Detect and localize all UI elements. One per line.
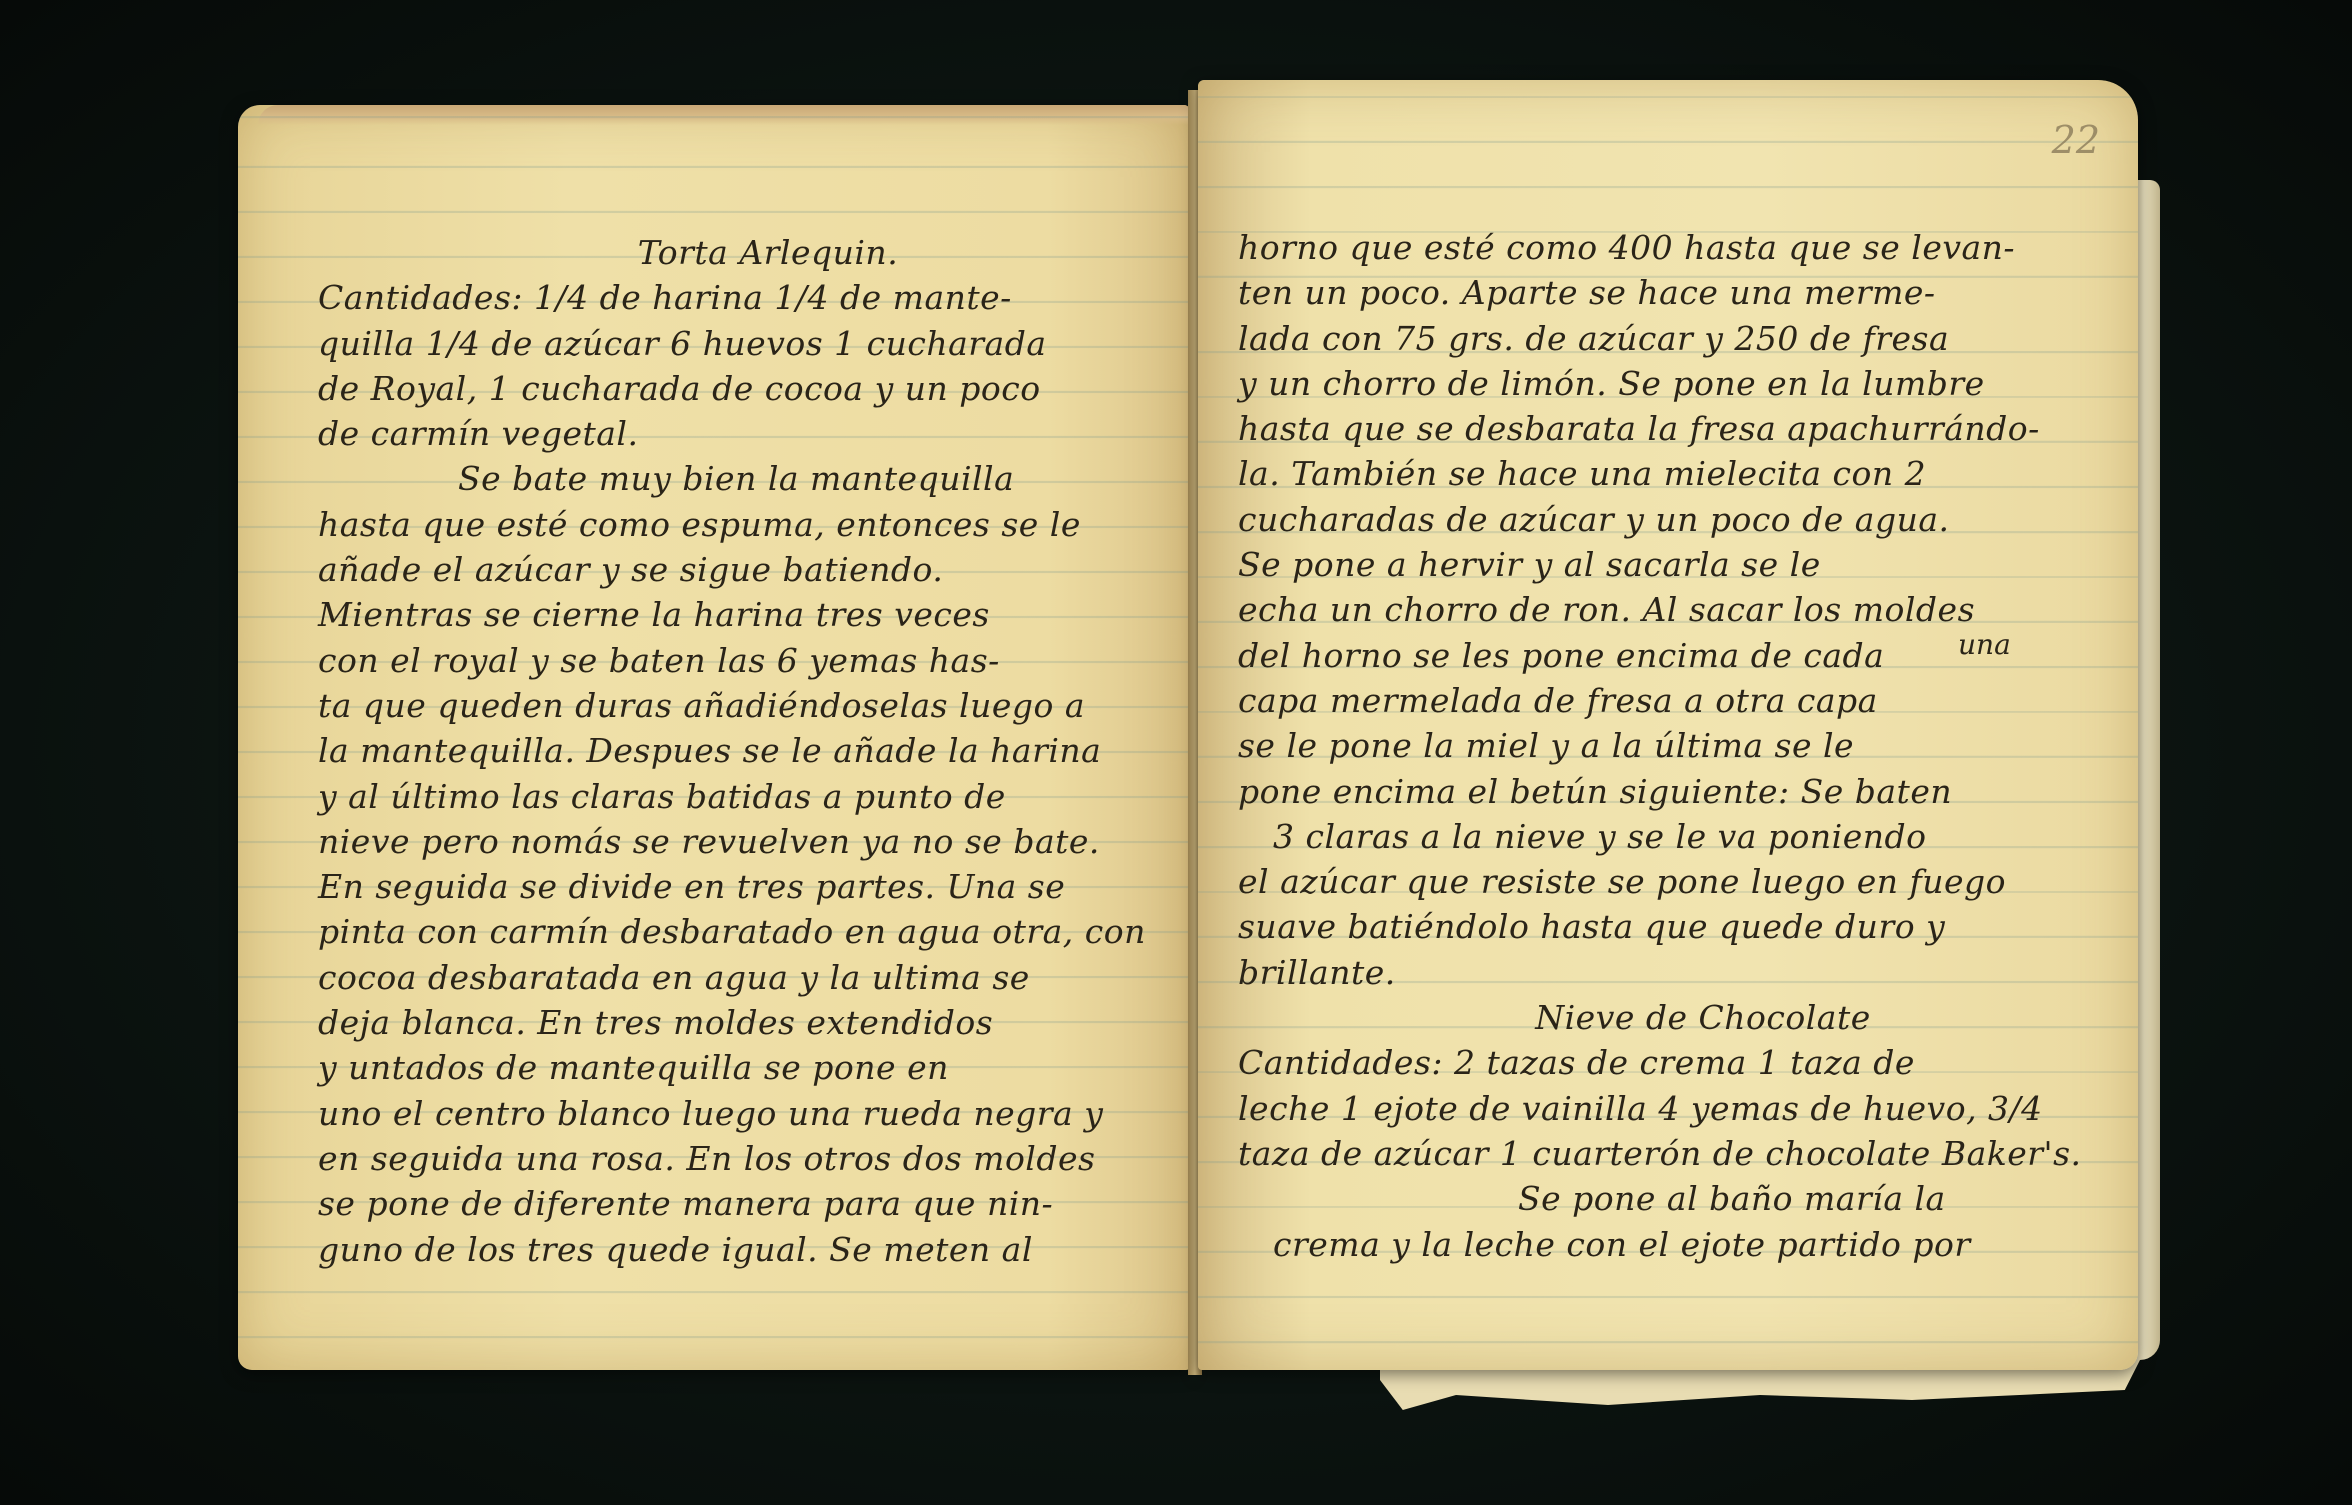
text-line: Se pone al baño maría la bbox=[1238, 1176, 2108, 1221]
text-line: ten un poco. Aparte se hace una merme- bbox=[1238, 270, 2108, 315]
inserted-correction: una bbox=[1958, 628, 2011, 661]
text-line: Se bate muy bien la mantequilla bbox=[318, 456, 1158, 501]
text-line: en seguida una rosa. En los otros dos mo… bbox=[318, 1136, 1158, 1181]
text-line: crema y la leche con el ejote partido po… bbox=[1238, 1222, 2108, 1267]
left-page-text: Torta Arlequin. Cantidades: 1/4 de harin… bbox=[318, 230, 1158, 1272]
text-line: Se pone a hervir y al sacarla se le bbox=[1238, 542, 2108, 587]
text-line: de Royal, 1 cucharada de cocoa y un poco bbox=[318, 366, 1158, 411]
text-line: Cantidades: 2 tazas de crema 1 taza de bbox=[1238, 1040, 2108, 1085]
open-notebook: Torta Arlequin. Cantidades: 1/4 de harin… bbox=[0, 0, 2352, 1505]
text-line: el azúcar que resiste se pone luego en f… bbox=[1238, 859, 2108, 904]
text-line: se pone de diferente manera para que nin… bbox=[318, 1181, 1158, 1226]
text-line: hasta que esté como espuma, entonces se … bbox=[318, 502, 1158, 547]
text-line: Cantidades: 1/4 de harina 1/4 de mante- bbox=[318, 275, 1158, 320]
text-line: lada con 75 grs. de azúcar y 250 de fres… bbox=[1238, 316, 2108, 361]
text-line: 3 claras a la nieve y se le va poniendo bbox=[1238, 814, 2108, 859]
left-page: Torta Arlequin. Cantidades: 1/4 de harin… bbox=[238, 105, 1190, 1370]
text-line: guno de los tres quede igual. Se meten a… bbox=[318, 1227, 1158, 1272]
text-line: añade el azúcar y se sigue batiendo. bbox=[318, 547, 1158, 592]
text-line: Mientras se cierne la harina tres veces bbox=[318, 592, 1158, 637]
text-line: suave batiéndolo hasta que quede duro y bbox=[1238, 904, 2108, 949]
text-line: capa mermelada de fresa a otra capa bbox=[1238, 678, 2108, 723]
text-line: cucharadas de azúcar y un poco de agua. bbox=[1238, 497, 2108, 542]
text-line: se le pone la miel y a la última se le bbox=[1238, 723, 2108, 768]
recipe-title: Torta Arlequin. bbox=[318, 230, 1158, 275]
page-top-edge bbox=[258, 105, 1190, 125]
text-line: la. También se hace una mielecita con 2 bbox=[1238, 451, 2108, 496]
text-line: brillante. bbox=[1238, 950, 2108, 995]
text-line: hasta que se desbarata la fresa apachurr… bbox=[1238, 406, 2108, 451]
text-line: pinta con carmín desbaratado en agua otr… bbox=[318, 909, 1158, 954]
text-line: pone encima el betún siguiente: Se baten bbox=[1238, 769, 2108, 814]
text-line: deja blanca. En tres moldes extendidos bbox=[318, 1000, 1158, 1045]
text-line: con el royal y se baten las 6 yemas has- bbox=[318, 638, 1158, 683]
text-line: cocoa desbaratada en agua y la ultima se bbox=[318, 955, 1158, 1000]
text-line: y un chorro de limón. Se pone en la lumb… bbox=[1238, 361, 2108, 406]
text-line: echa un chorro de ron. Al sacar los mold… bbox=[1238, 587, 2108, 632]
text-line: En seguida se divide en tres partes. Una… bbox=[318, 864, 1158, 909]
text-line: y untados de mantequilla se pone en bbox=[318, 1045, 1158, 1090]
text-line: ta que queden duras añadiéndoselas luego… bbox=[318, 683, 1158, 728]
text-line: horno que esté como 400 hasta que se lev… bbox=[1238, 225, 2108, 270]
text-line: nieve pero nomás se revuelven ya no se b… bbox=[318, 819, 1158, 864]
text-line: la mantequilla. Despues se le añade la h… bbox=[318, 728, 1158, 773]
right-page: 22 horno que esté como 400 hasta que se … bbox=[1198, 80, 2138, 1370]
text-line: taza de azúcar 1 cuarterón de chocolate … bbox=[1238, 1131, 2108, 1176]
right-page-text: horno que esté como 400 hasta que se lev… bbox=[1238, 225, 2108, 1267]
text-line: leche 1 ejote de vainilla 4 yemas de hue… bbox=[1238, 1086, 2108, 1131]
page-number: 22 bbox=[2052, 118, 2100, 162]
recipe-title: Nieve de Chocolate bbox=[1238, 995, 2108, 1040]
text-line: y al último las claras batidas a punto d… bbox=[318, 774, 1158, 819]
text-line: de carmín vegetal. bbox=[318, 411, 1158, 456]
text-line: quilla 1/4 de azúcar 6 huevos 1 cucharad… bbox=[318, 321, 1158, 366]
text-line: uno el centro blanco luego una rueda neg… bbox=[318, 1091, 1158, 1136]
